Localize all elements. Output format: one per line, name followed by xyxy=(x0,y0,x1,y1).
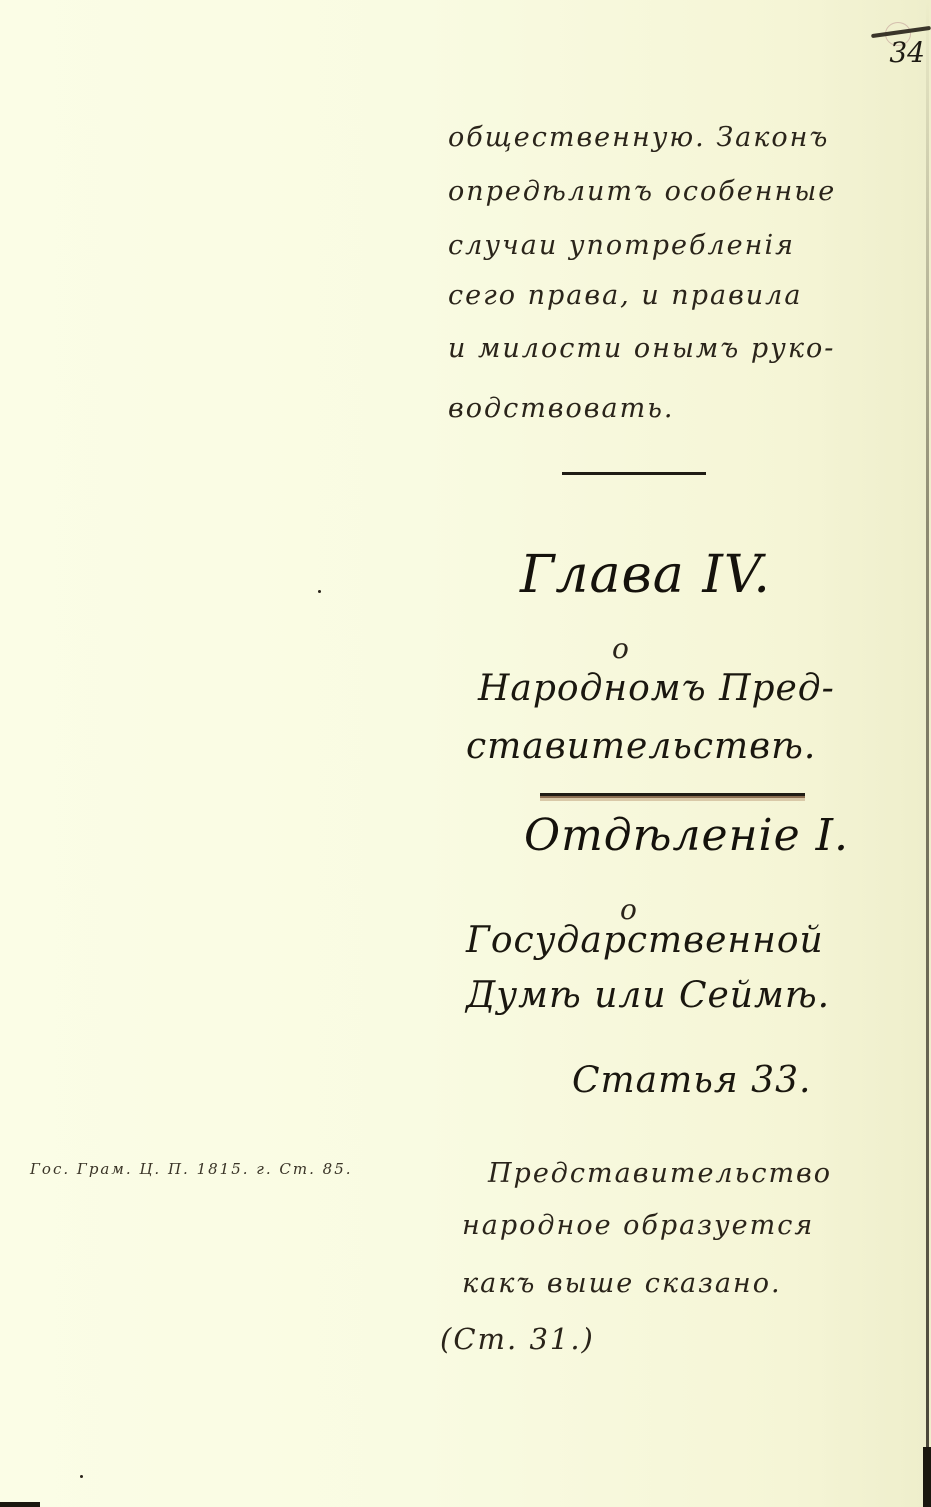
ink-speck xyxy=(318,590,321,593)
folio-number: 34 xyxy=(889,36,925,69)
text-line: и милости онымъ руко- xyxy=(448,333,835,364)
article-heading: Статья 33. xyxy=(572,1060,811,1101)
page-edge xyxy=(926,0,929,1507)
chapter-title-line: ставительствѣ. xyxy=(466,726,816,767)
ink-speck xyxy=(80,1475,83,1478)
page-corner xyxy=(0,1502,40,1507)
manuscript-page: 34 общественную. Законъ опредѣлитъ особе… xyxy=(0,0,931,1507)
section-title-line: Думѣ или Сеймѣ. xyxy=(466,975,830,1016)
divider-rule xyxy=(562,472,706,475)
section-heading: Отдѣленіе I. xyxy=(524,810,849,861)
chapter-preposition: о xyxy=(612,632,631,665)
text-line: случаи употребленія xyxy=(448,230,795,261)
text-line: опредѣлитъ особенные xyxy=(448,176,836,207)
text-line: водствовать. xyxy=(448,393,674,424)
page-corner xyxy=(923,1447,931,1507)
text-line: общественную. Законъ xyxy=(448,122,829,153)
article-line: (Ст. 31.) xyxy=(440,1322,595,1356)
chapter-heading: Глава IV. xyxy=(520,545,771,605)
article-line: какъ выше сказано. xyxy=(462,1268,782,1299)
text-line: сего права, и правила xyxy=(448,280,802,311)
chapter-title-line: Народномъ Пред- xyxy=(478,668,835,709)
article-line: Представительство xyxy=(488,1158,832,1189)
section-title-line: Государственной xyxy=(466,920,824,961)
double-divider-rule xyxy=(540,793,805,798)
article-line: народное образуется xyxy=(462,1210,814,1241)
margin-reference: Гос. Грам. Ц. П. 1815. г. Ст. 85. xyxy=(30,1160,353,1178)
